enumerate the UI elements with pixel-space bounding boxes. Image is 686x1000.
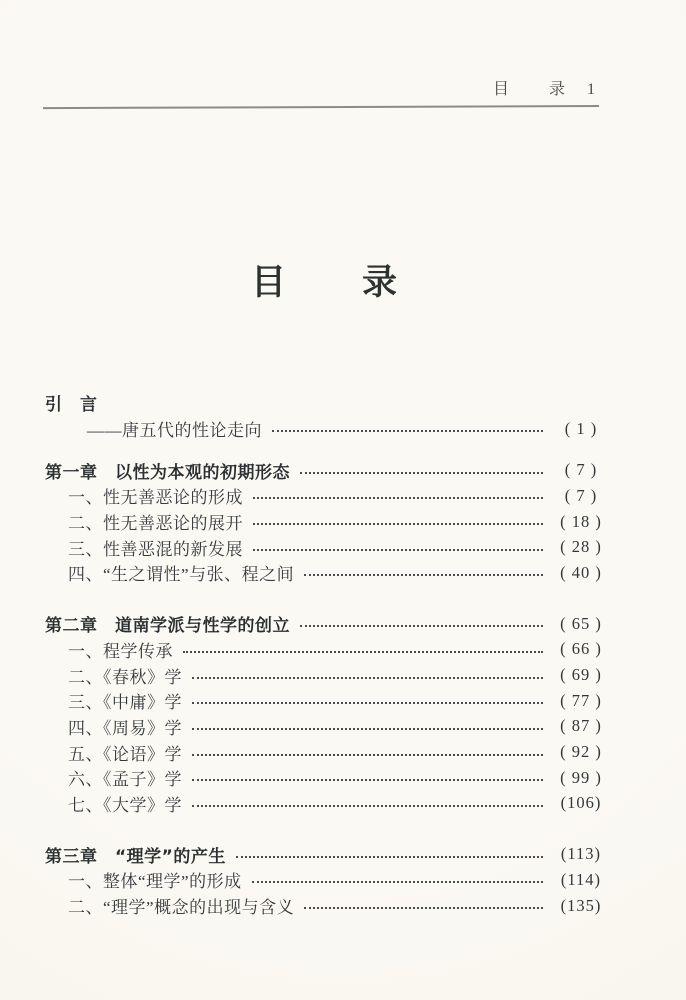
toc-row: 一、程学传承 ( 66 ) [45,637,612,663]
toc-row: 第三章 “理学”的产生 (113) [45,841,612,867]
toc-entry-page: ( 1 ) [550,419,612,439]
toc-leader-dots [192,754,543,756]
toc-row: 一、性无善恶论的形成 ( 7 ) [45,483,612,509]
toc-entry-text: ——唐五代的性论走向 [87,416,262,441]
toc-row: 二、性无善恶论的展开 ( 18 ) [45,509,612,535]
toc-row: ——唐五代的性论走向 ( 1 ) [45,416,612,442]
toc-leader-dots [192,779,543,781]
toc-entry-text: 二、《春秋》学 [68,663,182,688]
toc-entry-page: ( 65 ) [550,614,612,634]
toc-entry-text: 第三章 “理学”的产生 [45,842,226,867]
toc-list: 引 言 ——唐五代的性论走向 ( 1 ) 第一章 以性为本观的初期形态 ( 7 … [45,390,612,918]
toc-leader-dots [183,651,543,653]
toc-entry-page: (114) [550,870,612,890]
toc-entry-text: 四、“生之谓性”与张、程之间 [68,560,294,585]
running-header: 目 录1 [43,79,595,101]
toc-leader-dots [304,907,543,909]
toc-entry-page: (113) [550,844,612,864]
toc-leader-dots [192,805,543,807]
toc-entry-page: ( 77 ) [550,691,612,711]
toc-entry-page: ( 66 ) [550,639,612,659]
page-title: 目 录 [0,263,668,303]
toc-row: 第一章 以性为本观的初期形态 ( 7 ) [45,457,612,483]
toc-leader-dots [253,497,543,499]
toc-row: 三、《中庸》学 ( 77 ) [45,688,612,714]
toc-leader-dots [304,574,543,576]
toc-row: 五、《论语》学 ( 92 ) [45,739,612,765]
toc-entry-page: (135) [550,896,612,916]
toc-leader-dots [236,856,543,858]
toc-leader-dots [192,702,543,704]
toc-entry-page: ( 99 ) [550,768,612,788]
toc-entry-page: (106) [550,793,612,813]
running-header-title: 目 录 [493,81,577,98]
toc-entry-text: 三、《中庸》学 [68,688,182,713]
toc-entry-text: 引 言 [45,390,98,415]
toc-entry-text: 二、性无善恶论的展开 [68,509,243,534]
toc-entry-text: 五、《论语》学 [68,740,182,765]
toc-leader-dots [192,728,543,730]
toc-row: 二、“理学”概念的出现与含义 (135) [45,893,612,919]
toc-row: 二、《春秋》学 ( 69 ) [45,662,612,688]
toc-row: 一、整体“理学”的形成 (114) [45,867,612,893]
toc-entry-page: ( 7 ) [550,460,612,480]
header-rule [43,105,599,109]
toc-entry-text: 四、《周易》学 [68,714,182,739]
toc-leader-dots [253,549,543,551]
toc-entry-page: ( 7 ) [550,486,612,506]
toc-entry-page: ( 40 ) [550,563,612,583]
scanned-book-page: 目 录1 目 录 引 言 ——唐五代的性论走向 ( 1 ) 第一章 以性为本观的… [0,0,686,1000]
toc-row: 第二章 道南学派与性学的创立 ( 65 ) [45,611,612,637]
toc-entry-text: 一、整体“理学”的形成 [68,867,242,892]
toc-entry-text: 第一章 以性为本观的初期形态 [45,458,290,483]
toc-entry-text: 一、性无善恶论的形成 [68,483,243,508]
toc-entry-text: 二、“理学”概念的出现与含义 [68,893,294,918]
running-header-page-number: 1 [587,81,595,98]
toc-leader-dots [253,523,543,525]
toc-leader-dots [300,625,543,627]
toc-entry-page: ( 69 ) [550,665,612,685]
toc-row: 三、性善恶混的新发展 ( 28 ) [45,534,612,560]
toc-row: 四、“生之谓性”与张、程之间 ( 40 ) [45,560,612,586]
toc-entry-text: 七、《大学》学 [68,791,182,816]
toc-leader-dots [300,472,543,474]
toc-entry-page: ( 18 ) [550,512,612,532]
toc-entry-text: 六、《孟子》学 [68,765,182,790]
toc-row: 四、《周易》学 ( 87 ) [45,714,612,740]
toc-row: 引 言 [45,390,612,416]
toc-leader-dots [272,430,543,432]
toc-entry-text: 三、性善恶混的新发展 [68,535,243,560]
toc-entry-text: 第二章 道南学派与性学的创立 [45,611,290,636]
toc-leader-dots [192,677,543,679]
toc-entry-page: ( 28 ) [550,537,612,557]
toc-leader-dots [252,881,543,883]
toc-row: 六、《孟子》学 ( 99 ) [45,765,612,791]
toc-entry-page: ( 92 ) [550,742,612,762]
toc-entry-text: 一、程学传承 [68,637,173,662]
toc-row: 七、《大学》学 (106) [45,791,612,817]
toc-entry-page: ( 87 ) [550,716,612,736]
